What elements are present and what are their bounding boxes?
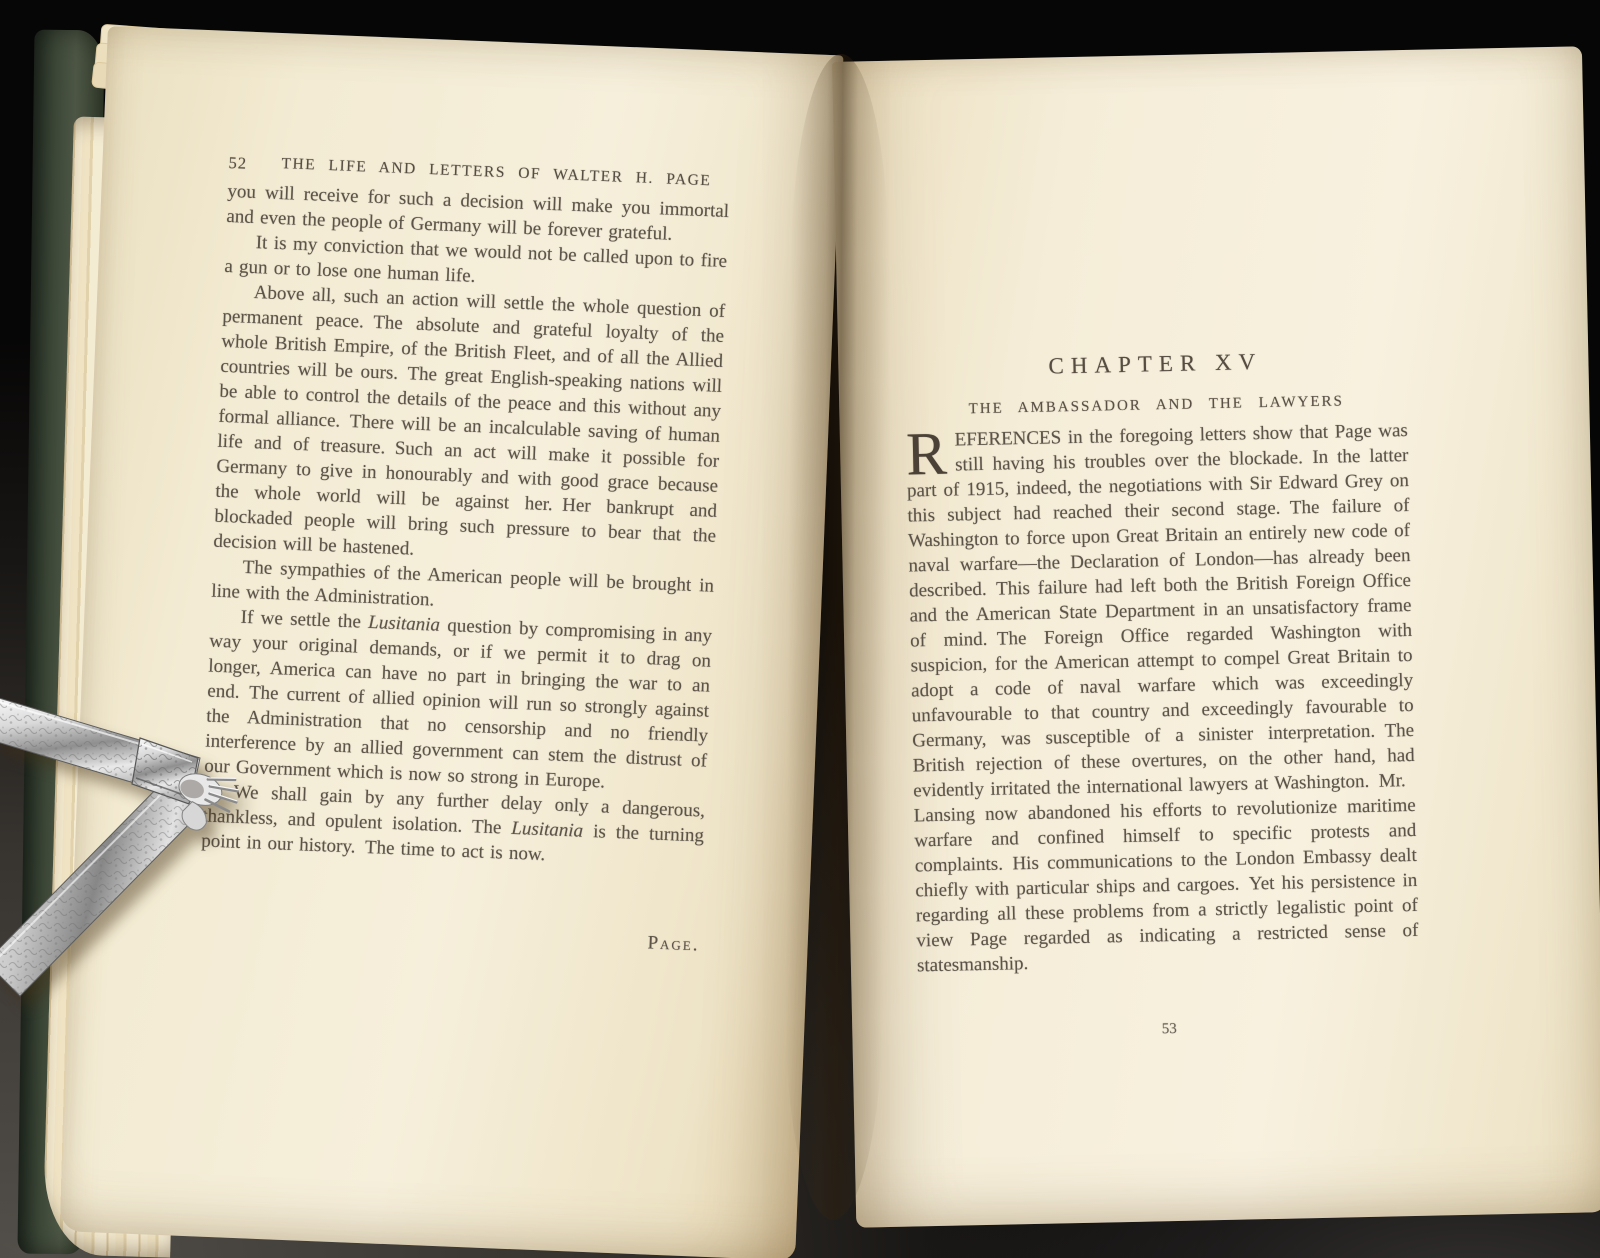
right-page: CHAPTER XV THE AMBASSADOR AND THE LAWYER… bbox=[832, 46, 1600, 1227]
left-page-text: you will receive for such a decision wil… bbox=[201, 179, 730, 874]
left-page: 52 THE LIFE AND LETTERS OF WALTER H. PAG… bbox=[60, 26, 844, 1258]
page-number: 52 bbox=[228, 153, 247, 174]
paragraph: REFERENCES in the foregoing letters show… bbox=[906, 418, 1419, 978]
paragraph: Above all, such an action will settle th… bbox=[213, 279, 726, 574]
chapter-subtitle: THE AMBASSADOR AND THE LAWYERS bbox=[905, 392, 1407, 420]
book-photograph: 52 THE LIFE AND LETTERS OF WALTER H. PAG… bbox=[0, 0, 1600, 1258]
page-number: 53 bbox=[918, 1016, 1420, 1044]
letter-signature: Page. bbox=[198, 914, 728, 957]
chapter-heading: CHAPTER XV bbox=[904, 346, 1406, 383]
right-page-text: REFERENCES in the foregoing letters show… bbox=[906, 418, 1419, 978]
paragraph: If we settle the Lusitania question by c… bbox=[204, 604, 713, 799]
drop-cap: R bbox=[906, 428, 956, 479]
bookmark-band-lower bbox=[0, 776, 203, 996]
bookmark-clip bbox=[0, 686, 254, 1020]
